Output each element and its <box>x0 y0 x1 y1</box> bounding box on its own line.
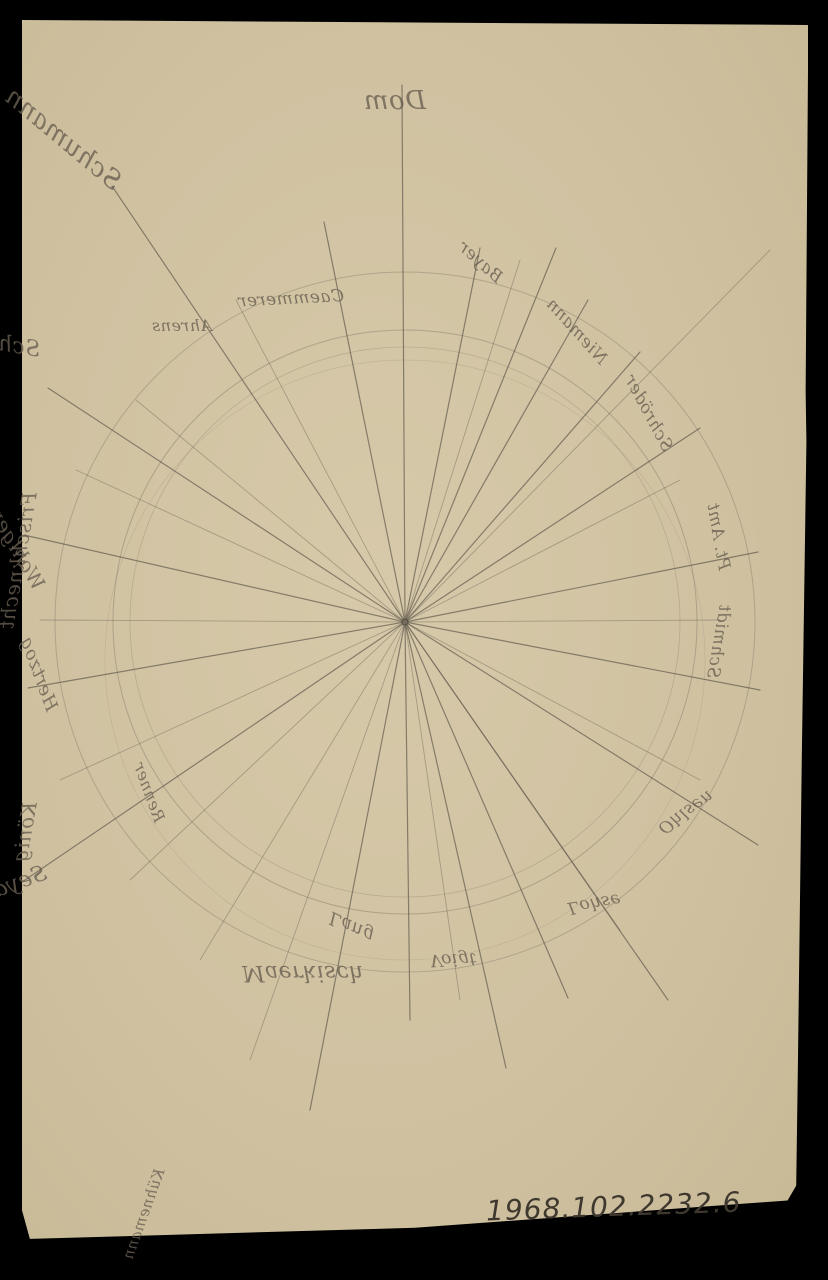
handwritten-name-upper-left-2: Ahrens <box>152 316 213 335</box>
handwritten-name-top: Dom <box>363 86 426 116</box>
handwritten-name-bottom: Voigt <box>430 948 477 970</box>
handwritten-name-lower-left-2: Maerkisch <box>242 960 364 985</box>
radial-diagram <box>0 0 828 1280</box>
